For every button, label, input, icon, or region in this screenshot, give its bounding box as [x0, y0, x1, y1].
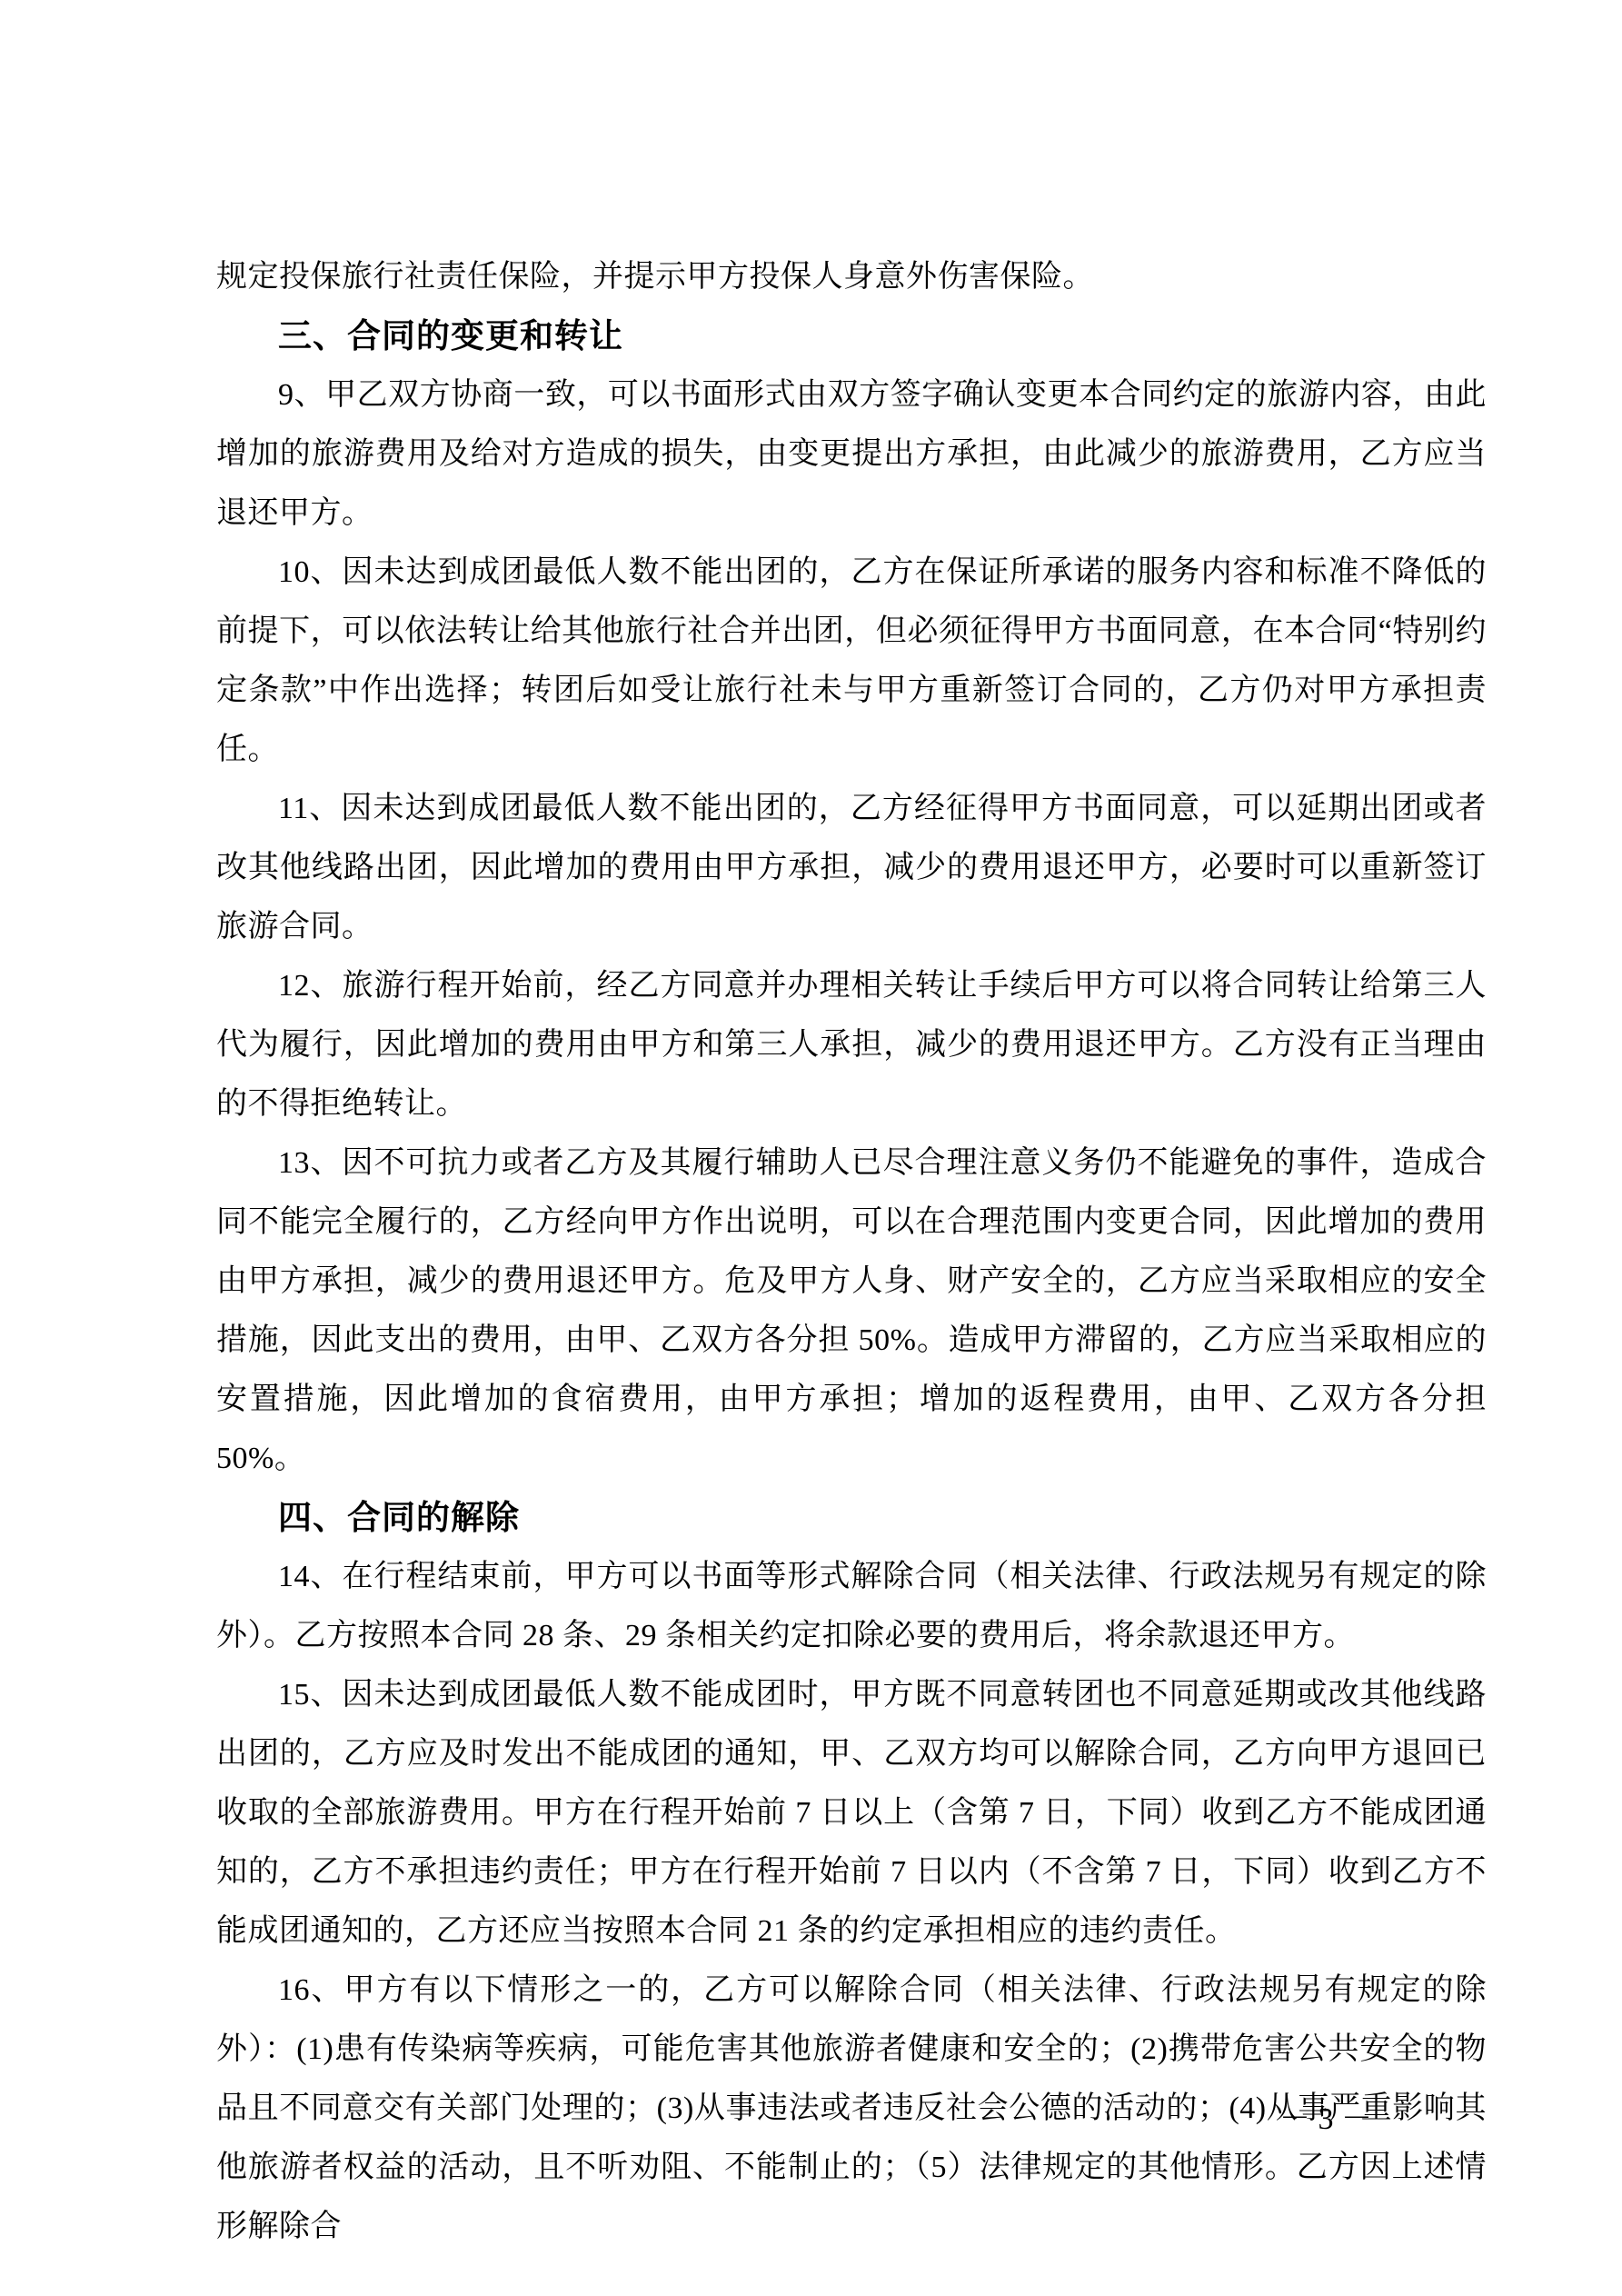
paragraph-clause-15: 15、因未达到成团最低人数不能成团时，甲方既不同意转团也不同意延期或改其他线路出…	[216, 1665, 1487, 1961]
paragraph-clause-12: 12、旅游行程开始前，经乙方同意并办理相关转让手续后甲方可以将合同转让给第三人代…	[216, 956, 1487, 1133]
document-body: 规定投保旅行社责任保险，并提示甲方投保人身意外伤害保险。 三、合同的变更和转让 …	[216, 247, 1487, 2256]
paragraph-clause-13: 13、因不可抗力或者乙方及其履行辅助人已尽合理注意义务仍不能避免的事件，造成合同…	[216, 1133, 1487, 1488]
paragraph-clause-14: 14、在行程结束前，甲方可以书面等形式解除合同（相关法律、行政法规另有规定的除外…	[216, 1547, 1487, 1665]
paragraph-continuation: 规定投保旅行社责任保险，并提示甲方投保人身意外伤害保险。	[216, 247, 1487, 306]
section-heading-4: 四、合同的解除	[216, 1488, 1487, 1547]
paragraph-clause-11: 11、因未达到成团最低人数不能出团的，乙方经征得甲方书面同意，可以延期出团或者改…	[216, 779, 1487, 956]
page-number: － 3 －	[1279, 2101, 1372, 2138]
document-page: 规定投保旅行社责任保险，并提示甲方投保人身意外伤害保险。 三、合同的变更和转让 …	[0, 0, 1622, 2296]
paragraph-clause-10: 10、因未达到成团最低人数不能出团的，乙方在保证所承诺的服务内容和标准不降低的前…	[216, 543, 1487, 779]
section-heading-3: 三、合同的变更和转让	[216, 306, 1487, 365]
paragraph-clause-9: 9、甲乙双方协商一致，可以书面形式由双方签字确认变更本合同约定的旅游内容，由此增…	[216, 365, 1487, 543]
